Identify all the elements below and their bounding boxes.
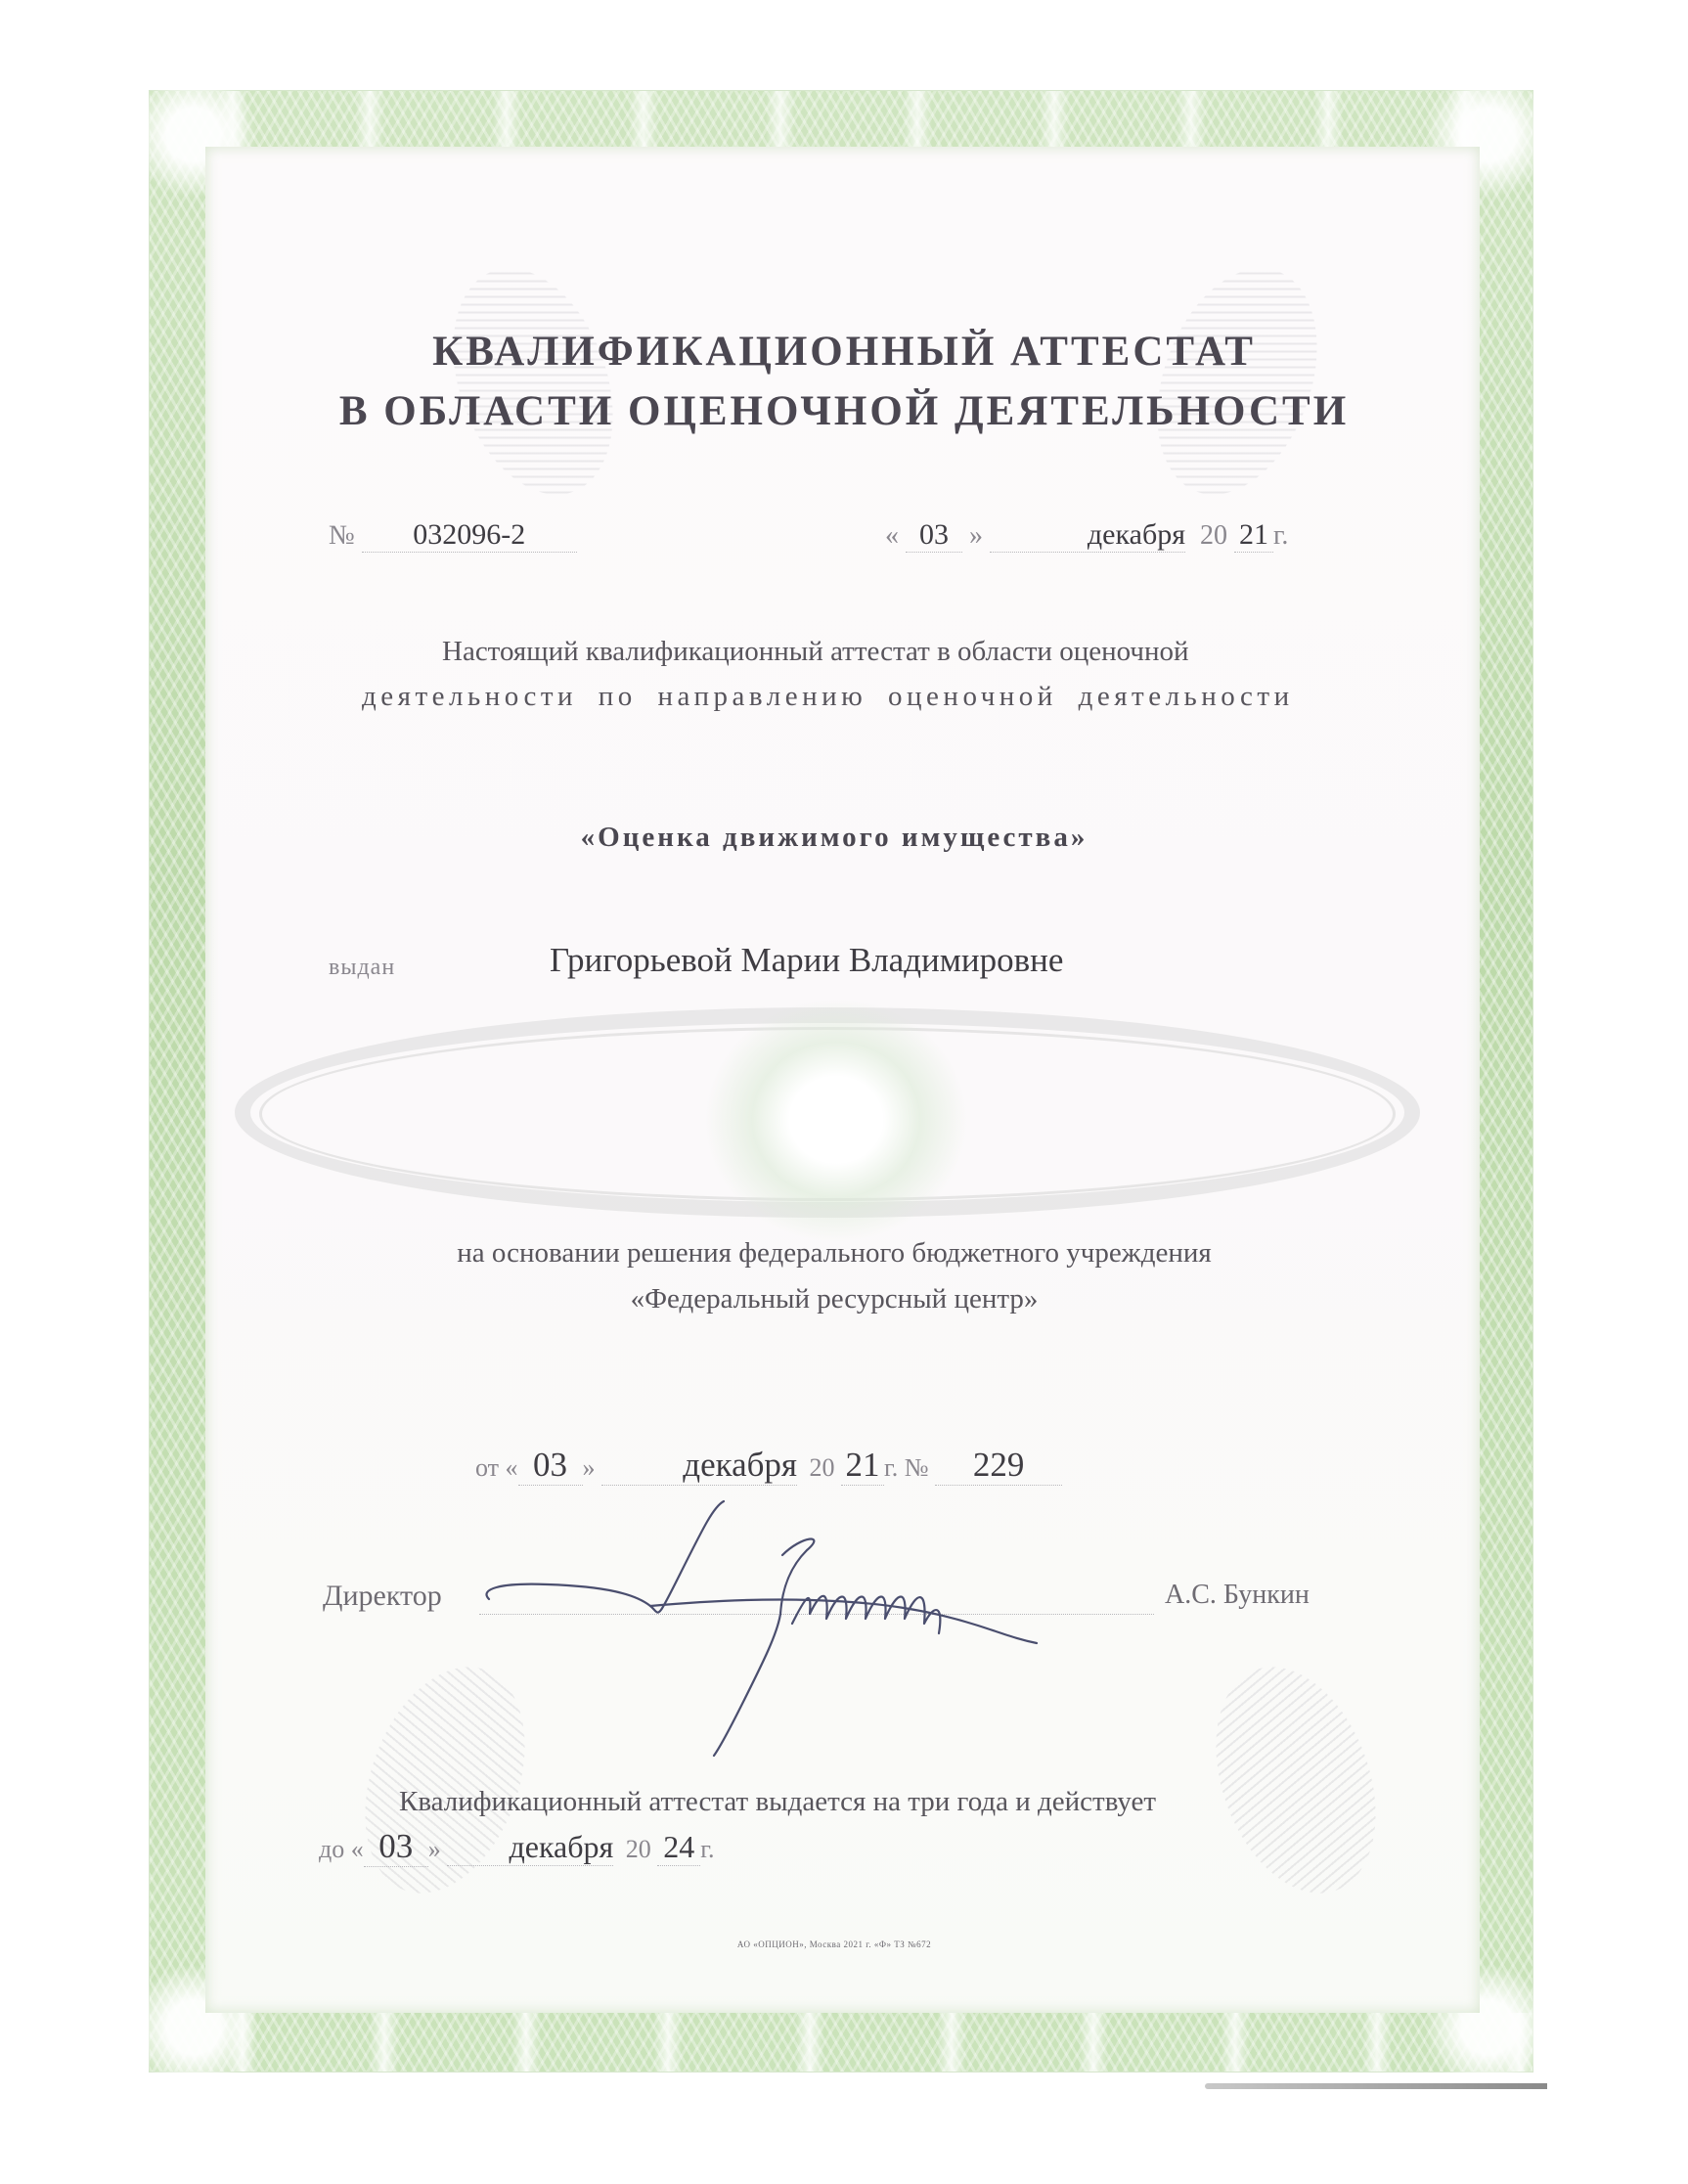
scan-shadow — [1205, 2083, 1547, 2089]
number-label: № — [329, 520, 355, 551]
intro-line2: деятельности по направлению оценочной де… — [362, 681, 1294, 713]
certificate-number: 032096-2 — [362, 518, 577, 553]
signatory-name: А.С. Бункин — [1165, 1580, 1310, 1611]
year-suffix: г. — [884, 1453, 898, 1482]
year-suffix: г. — [700, 1835, 714, 1863]
certificate-number-row: № 032096-2 — [329, 518, 577, 553]
signature-icon — [469, 1496, 1174, 1761]
decision-row: от «03» декабря 20 21г. № 229 — [475, 1446, 1062, 1486]
certificate-title-line2: В ОБЛАСТИ ОЦЕНОЧНОЙ ДЕЯТЕЛЬНОСТИ — [0, 387, 1688, 435]
quote-open: « — [506, 1453, 518, 1482]
validity-text: Квалификационный аттестат выдается на тр… — [399, 1786, 1156, 1818]
decision-year: 21 — [841, 1446, 884, 1486]
quote-open: « — [351, 1835, 364, 1863]
issue-date-row: « 03 » декабря 20 21г. — [885, 518, 1288, 553]
holder-name: Григорьевой Марии Владимировне — [550, 941, 1063, 980]
valid-until-row: до «03» декабря 20 24г. — [319, 1827, 714, 1867]
issue-year: 21 — [1234, 518, 1273, 553]
issued-label: выдан — [329, 955, 395, 981]
basis-line1: на основании решения федерального бюджет… — [0, 1237, 1668, 1270]
decision-day: 03 — [518, 1446, 583, 1486]
signatory-position: Директор — [323, 1580, 442, 1613]
decision-century: 20 — [810, 1453, 835, 1482]
decision-number-label: № — [905, 1453, 929, 1482]
rosette-watermark-icon — [704, 998, 968, 1242]
year-suffix: г. — [1273, 520, 1288, 551]
decision-month: декабря — [601, 1446, 797, 1486]
intro-line1: Настоящий квалификационный аттестат в об… — [442, 636, 1189, 668]
issue-century: 20 — [1200, 520, 1227, 551]
issue-month: декабря — [990, 518, 1185, 553]
quote-close: » — [583, 1453, 596, 1482]
quote-close: » — [969, 520, 983, 551]
decision-number: 229 — [935, 1446, 1062, 1486]
valid-until-century: 20 — [626, 1835, 651, 1863]
basis-line2: «Федеральный ресурсный центр» — [0, 1283, 1668, 1315]
valid-until-prefix: до — [319, 1835, 344, 1863]
decision-prefix: от — [475, 1453, 499, 1482]
valuation-direction: «Оценка движимого имущества» — [0, 822, 1668, 854]
valid-until-day: 03 — [364, 1827, 428, 1867]
certificate-title-line1: КВАЛИФИКАЦИОННЫЙ АТТЕСТАТ — [0, 328, 1688, 376]
valid-until-month: декабря — [447, 1829, 613, 1866]
quote-open: « — [885, 520, 899, 551]
valid-until-year: 24 — [657, 1829, 700, 1866]
quote-close: » — [428, 1835, 441, 1863]
issue-day: 03 — [906, 518, 962, 553]
printer-note: АО «ОПЦИОН», Москва 2021 г. «Ф» ТЗ №672 — [0, 1939, 1668, 1949]
